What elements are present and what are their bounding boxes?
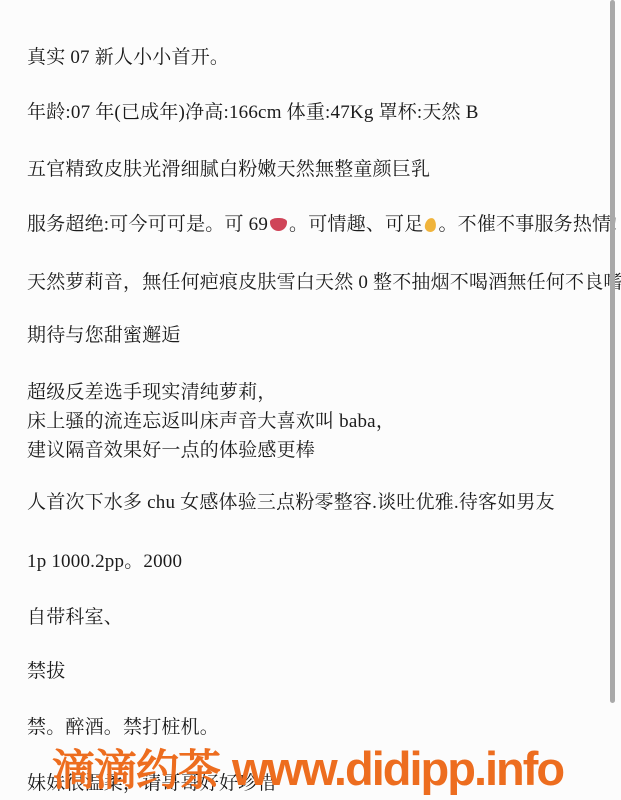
text-line-services: 服务超绝:可今可可是。可 69。可情趣、可足。不催不事服务热情! [27, 213, 621, 237]
text-line: 床上骚的流连忘返叫床声音大喜欢叫 baba， [27, 410, 621, 434]
text-line: 自带科室、 [27, 606, 621, 630]
text-line: 人首次下水多 chu 女感体验三点粉零整容.谈吐优雅.待客如男友 [27, 491, 621, 515]
scrollbar-thumb[interactable] [610, 0, 615, 703]
foot-emoji-icon [425, 217, 438, 232]
text-line-price: 1p 1000.2pp。2000 [27, 550, 621, 574]
text-segment: 。可情趣、可足 [289, 214, 423, 235]
text-line: 真实 07 新人小小首开。 [27, 46, 621, 70]
text-segment: 服务超绝:可今可可是。可 69 [27, 214, 268, 235]
text-line: 超级反差选手现实清纯萝莉， [27, 381, 621, 405]
tongue-emoji-icon [270, 218, 287, 231]
text-line: 天然萝莉音，無任何疤痕皮肤雪白天然 0 整不抽烟不喝酒無任何不良嗜好 [27, 271, 621, 295]
text-line: 建议隔音效果好一点的体验感更棒 [27, 439, 621, 463]
site-watermark: 滴滴约茶 www.didipp.info [52, 737, 563, 798]
watermark-brand: 滴滴约茶 [52, 737, 220, 798]
document-page: 真实 07 新人小小首开。 年龄:07 年(已成年)净高:166cm 体重:47… [0, 0, 621, 800]
text-line: 五官精致皮肤光滑细腻白粉嫩天然無整童颜巨乳 [27, 158, 621, 182]
text-segment: 。不催不事服务热情! [438, 214, 617, 235]
text-line: 年龄:07 年(已成年)净高:166cm 体重:47Kg 罩杯:天然 B [27, 101, 621, 125]
watermark-url: www.didipp.info [232, 741, 563, 796]
text-line: 禁拔 [27, 660, 621, 684]
text-line: 期待与您甜蜜邂逅 [27, 324, 621, 348]
